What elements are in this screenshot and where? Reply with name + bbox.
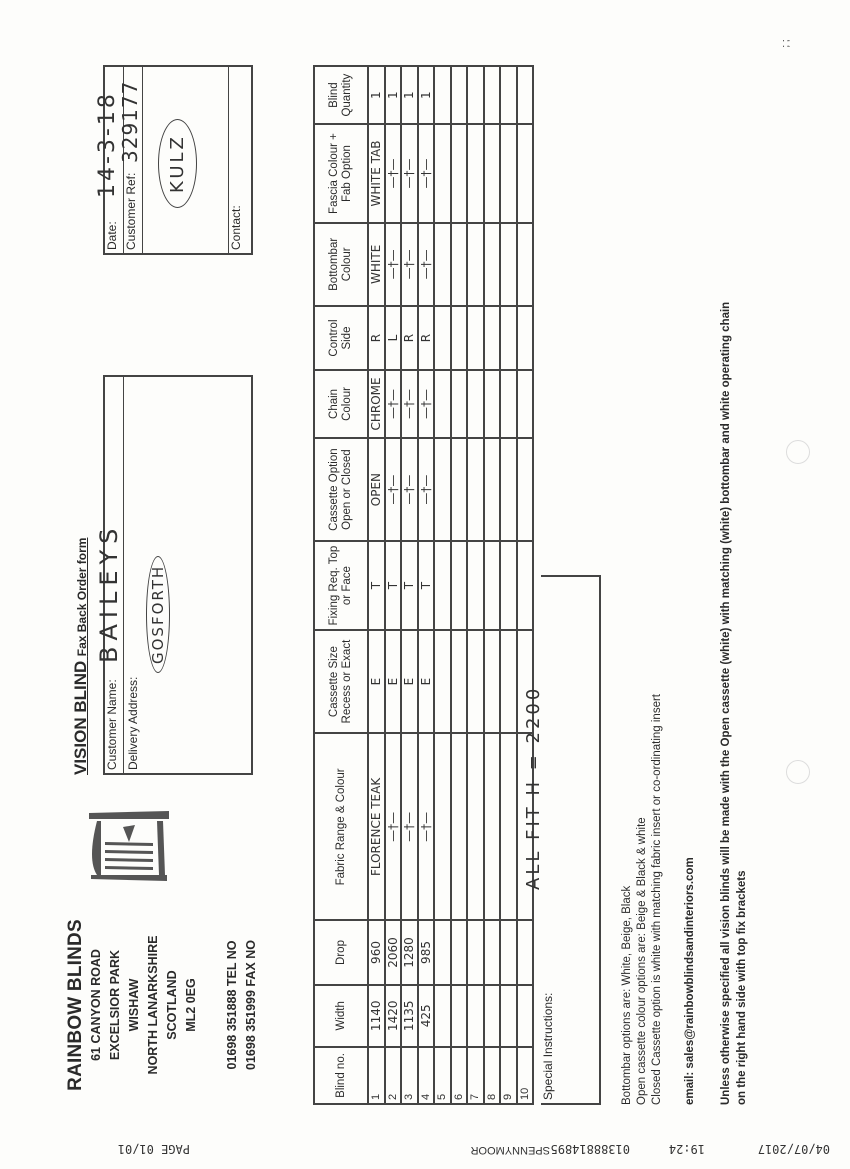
table-cell[interactable]	[434, 920, 451, 984]
form-title: VISION BLIND Fax Back Order form	[71, 538, 91, 775]
table-cell[interactable]	[500, 306, 517, 370]
table-cell[interactable]	[484, 985, 501, 1047]
date-label: Date:	[105, 221, 119, 250]
table-cell[interactable]: R	[401, 306, 418, 370]
table-cell[interactable]: T	[368, 541, 385, 629]
form-title-sub: Fax Back Order form	[75, 538, 89, 657]
column-header: Fabric Range & Colour	[314, 733, 368, 920]
blind-number: 2	[385, 1047, 402, 1104]
table-cell[interactable]	[451, 920, 468, 984]
table-cell[interactable]: OPEN	[368, 438, 385, 542]
table-cell[interactable]	[434, 985, 451, 1047]
note-default-spec: Unless otherwise specified all vision bl…	[718, 302, 734, 1105]
table-cell[interactable]: T	[401, 541, 418, 629]
customer-box: Customer Name: BAILEYS Delivery Address:…	[103, 375, 253, 775]
table-cell[interactable]	[467, 306, 484, 370]
table-cell[interactable]: 1135	[401, 985, 418, 1047]
table-cell[interactable]	[467, 541, 484, 629]
table-cell[interactable]	[467, 630, 484, 734]
table-cell[interactable]	[434, 733, 451, 920]
table-cell[interactable]: R	[418, 306, 435, 370]
table-cell[interactable]	[517, 223, 534, 306]
note-closed-cassette: Closed Cassette option is white with mat…	[650, 302, 665, 1105]
tel-number: 01698 351888 TEL NO	[223, 905, 242, 1105]
table-cell[interactable]	[434, 306, 451, 370]
fax-date: 04/07/2017	[758, 1142, 830, 1156]
note-default-spec-cont: on the right hand side with top fix brac…	[734, 302, 750, 1105]
table-cell[interactable]	[484, 630, 501, 734]
delivery-address-field[interactable]: GOSFORTH	[146, 556, 170, 673]
fax-page-count: PAGE 01/01	[118, 1142, 190, 1156]
column-header: Blind no.	[314, 1047, 368, 1104]
table-cell[interactable]	[484, 124, 501, 223]
column-header: Drop	[314, 920, 368, 984]
table-cell[interactable]	[500, 66, 517, 124]
table-cell[interactable]	[517, 438, 534, 542]
table-cell[interactable]: —†—	[401, 438, 418, 542]
table-cell[interactable]: R	[368, 306, 385, 370]
table-cell[interactable]: 425	[418, 985, 435, 1047]
order-form: RAINBOW BLINDS 61 CANYON ROAD EXCELSIOR …	[65, 45, 785, 1105]
address-line: NORTH LANARKSHIRE	[144, 905, 163, 1105]
table-cell[interactable]: —†—	[401, 370, 418, 437]
table-cell[interactable]: E	[401, 630, 418, 734]
special-instructions-box: Special Instructions:	[541, 575, 601, 1105]
table-cell[interactable]	[517, 985, 534, 1047]
table-cell[interactable]	[500, 920, 517, 984]
table-cell[interactable]	[484, 920, 501, 984]
blind-number: 7	[467, 1047, 484, 1104]
table-cell[interactable]	[451, 306, 468, 370]
table-cell[interactable]: 960	[368, 920, 385, 984]
table-cell[interactable]	[500, 733, 517, 920]
table-cell[interactable]	[451, 370, 468, 437]
form-title-main: VISION BLIND	[71, 661, 90, 775]
table-cell[interactable]: —†—	[385, 124, 402, 223]
table-cell[interactable]: E	[368, 630, 385, 734]
blind-number: 3	[401, 1047, 418, 1104]
table-cell[interactable]	[467, 66, 484, 124]
note-open-cassette: Open cassette colour options are: Beige …	[635, 302, 650, 1105]
blind-number: 8	[484, 1047, 501, 1104]
table-cell[interactable]	[517, 306, 534, 370]
company-block: RAINBOW BLINDS 61 CANYON ROAD EXCELSIOR …	[65, 905, 261, 1105]
table-cell[interactable]	[484, 438, 501, 542]
table-row: 311351280—†—ET—†——†—R—†——†—1	[401, 66, 418, 1104]
table-cell[interactable]: 1420	[385, 985, 402, 1047]
table-cell[interactable]	[434, 223, 451, 306]
table-cell[interactable]: —†—	[418, 124, 435, 223]
table-cell[interactable]: WHITE TAB	[368, 124, 385, 223]
table-cell[interactable]	[467, 985, 484, 1047]
customer-name-label: Customer Name:	[105, 679, 119, 770]
note-bottombar: Bottombar options are: White, Beige, Bla…	[620, 302, 635, 1105]
column-header: Cassette Size Recess or Exact	[314, 630, 368, 734]
table-cell[interactable]: —†—	[385, 733, 402, 920]
table-cell[interactable]: 2060	[385, 920, 402, 984]
table-cell[interactable]: 1	[401, 66, 418, 124]
table-cell[interactable]	[500, 438, 517, 542]
table-cell[interactable]	[451, 223, 468, 306]
table-row: 4425985—†—ET—†——†—R—†——†—1	[418, 66, 435, 1104]
table-cell[interactable]	[467, 124, 484, 223]
ref-note: KULZ	[158, 119, 197, 208]
vision-blind-logo-icon	[87, 805, 172, 885]
date-ref-box: Date: 14-3-18 Customer Ref: 329177 KULZ …	[103, 65, 253, 255]
table-cell[interactable]	[467, 370, 484, 437]
table-cell[interactable]: T	[385, 541, 402, 629]
table-cell[interactable]	[484, 306, 501, 370]
punch-hole-top	[786, 440, 810, 464]
table-row: 214202060—†—ET—†——†—L—†——†—1	[385, 66, 402, 1104]
table-cell[interactable]: —†—	[418, 223, 435, 306]
email-link[interactable]: email: sales@rainbowblindsandinteriors.c…	[683, 302, 698, 1105]
table-cell[interactable]	[467, 438, 484, 542]
customer-name-field[interactable]: BAILEYS	[95, 523, 123, 663]
address-line: SCOTLAND	[163, 905, 182, 1105]
table-cell[interactable]: 1	[418, 66, 435, 124]
customer-ref-field[interactable]: 329177	[118, 81, 142, 163]
column-header: Width	[314, 985, 368, 1047]
table-cell[interactable]	[517, 541, 534, 629]
table-cell[interactable]: 1140	[368, 985, 385, 1047]
fax-number: 01388814895	[551, 1142, 630, 1156]
fax-location: SPENNYMOOR	[471, 1144, 550, 1156]
blind-number: 1	[368, 1047, 385, 1104]
table-cell[interactable]	[434, 66, 451, 124]
table-cell[interactable]	[434, 438, 451, 542]
table-cell[interactable]	[434, 370, 451, 437]
table-cell[interactable]: 1	[385, 66, 402, 124]
table-cell[interactable]	[484, 733, 501, 920]
address-line: 61 CANYON ROAD	[87, 905, 106, 1105]
table-cell[interactable]: 985	[418, 920, 435, 984]
table-cell[interactable]	[500, 630, 517, 734]
table-row: 7	[467, 66, 484, 1104]
table-cell[interactable]	[451, 124, 468, 223]
fax-time: 19:24	[669, 1142, 705, 1156]
date-field[interactable]: 14-3-18	[95, 91, 120, 198]
blind-number: 6	[451, 1047, 468, 1104]
table-cell[interactable]: —†—	[418, 438, 435, 542]
table-cell[interactable]: CHROME	[368, 370, 385, 437]
table-cell[interactable]	[451, 630, 468, 734]
blind-number: 10	[517, 1047, 534, 1104]
table-cell[interactable]: T	[418, 541, 435, 629]
table-cell[interactable]: —†—	[385, 223, 402, 306]
table-cell[interactable]	[517, 920, 534, 984]
column-header: Bottombar Colour	[314, 223, 368, 306]
address-line: ML2 0EG	[182, 905, 201, 1105]
table-cell[interactable]: —†—	[385, 438, 402, 542]
table-cell[interactable]	[434, 630, 451, 734]
table-cell[interactable]	[451, 541, 468, 629]
table-header-row: Blind no.WidthDropFabric Range & ColourC…	[314, 66, 368, 1104]
table-cell[interactable]: E	[385, 630, 402, 734]
column-header: Cassette Option Open or Closed	[314, 438, 368, 542]
column-header: Fascia Colour + Fab Option	[314, 124, 368, 223]
table-cell[interactable]	[434, 541, 451, 629]
blind-number: 5	[434, 1047, 451, 1104]
table-cell[interactable]: L	[385, 306, 402, 370]
column-header: Blind Quantity	[314, 66, 368, 124]
table-cell[interactable]	[484, 66, 501, 124]
address-line: EXCELSIOR PARK	[106, 905, 125, 1105]
table-row: 6	[451, 66, 468, 1104]
table-cell[interactable]	[484, 541, 501, 629]
table-row: 10	[517, 66, 534, 1104]
column-header: Chain Colour	[314, 370, 368, 437]
table-cell[interactable]: —†—	[418, 733, 435, 920]
order-table: Blind no.WidthDropFabric Range & ColourC…	[313, 65, 534, 1105]
table-cell[interactable]: 1	[368, 66, 385, 124]
table-cell[interactable]	[451, 66, 468, 124]
table-cell[interactable]	[467, 733, 484, 920]
table-cell[interactable]	[451, 733, 468, 920]
table-cell[interactable]	[451, 438, 468, 542]
table-cell[interactable]	[517, 370, 534, 437]
table-cell[interactable]: —†—	[401, 223, 418, 306]
table-cell[interactable]	[517, 124, 534, 223]
fax-page: 04/07/2017 19:24 01388814895 SPENNYMOOR …	[0, 0, 850, 1169]
table-cell[interactable]: —†—	[418, 370, 435, 437]
column-header: Fixing Req. Top or Face	[314, 541, 368, 629]
table-row: 5	[434, 66, 451, 1104]
table-row: 9	[500, 66, 517, 1104]
contact-label: Contact:	[229, 205, 243, 250]
fax-transmission-header: 04/07/2017 19:24 01388814895 SPENNYMOOR …	[60, 1118, 840, 1158]
table-cell[interactable]	[467, 920, 484, 984]
column-header: Control Side	[314, 306, 368, 370]
table-cell[interactable]: —†—	[401, 124, 418, 223]
table-cell[interactable]	[500, 985, 517, 1047]
table-cell[interactable]	[451, 985, 468, 1047]
blind-number: 4	[418, 1047, 435, 1104]
table-cell[interactable]: FLORENCE TEAK	[368, 733, 385, 920]
special-instructions-field[interactable]: ALL FIT H = 2200	[523, 686, 544, 890]
table-row: 8	[484, 66, 501, 1104]
table-cell[interactable]: —†—	[401, 733, 418, 920]
table-cell[interactable]	[434, 124, 451, 223]
company-name: RAINBOW BLINDS	[65, 905, 87, 1105]
table-cell[interactable]	[467, 223, 484, 306]
table-cell[interactable]	[500, 370, 517, 437]
table-cell[interactable]	[500, 541, 517, 629]
customer-ref-label: Customer Ref:	[124, 173, 138, 250]
table-cell[interactable]: WHITE	[368, 223, 385, 306]
table-cell[interactable]	[517, 66, 534, 124]
table-cell[interactable]: —†—	[385, 370, 402, 437]
notes-block: Bottombar options are: White, Beige, Bla…	[620, 302, 750, 1105]
table-row: 11140960FLORENCE TEAKETOPENCHROMERWHITEW…	[368, 66, 385, 1104]
table-cell[interactable]	[500, 124, 517, 223]
table-cell[interactable]	[484, 370, 501, 437]
table-cell[interactable]	[484, 223, 501, 306]
punch-hole-bottom	[786, 760, 810, 784]
address-line: WISHAW	[125, 905, 144, 1105]
blind-number: 9	[500, 1047, 517, 1104]
fax-number-company: 01698 351999 FAX NO	[242, 905, 261, 1105]
table-cell[interactable]: 1280	[401, 920, 418, 984]
special-instructions-label: Special Instructions:	[541, 993, 555, 1100]
table-cell[interactable]: E	[418, 630, 435, 734]
delivery-address-label: Delivery Address:	[126, 677, 140, 773]
table-cell[interactable]	[500, 223, 517, 306]
